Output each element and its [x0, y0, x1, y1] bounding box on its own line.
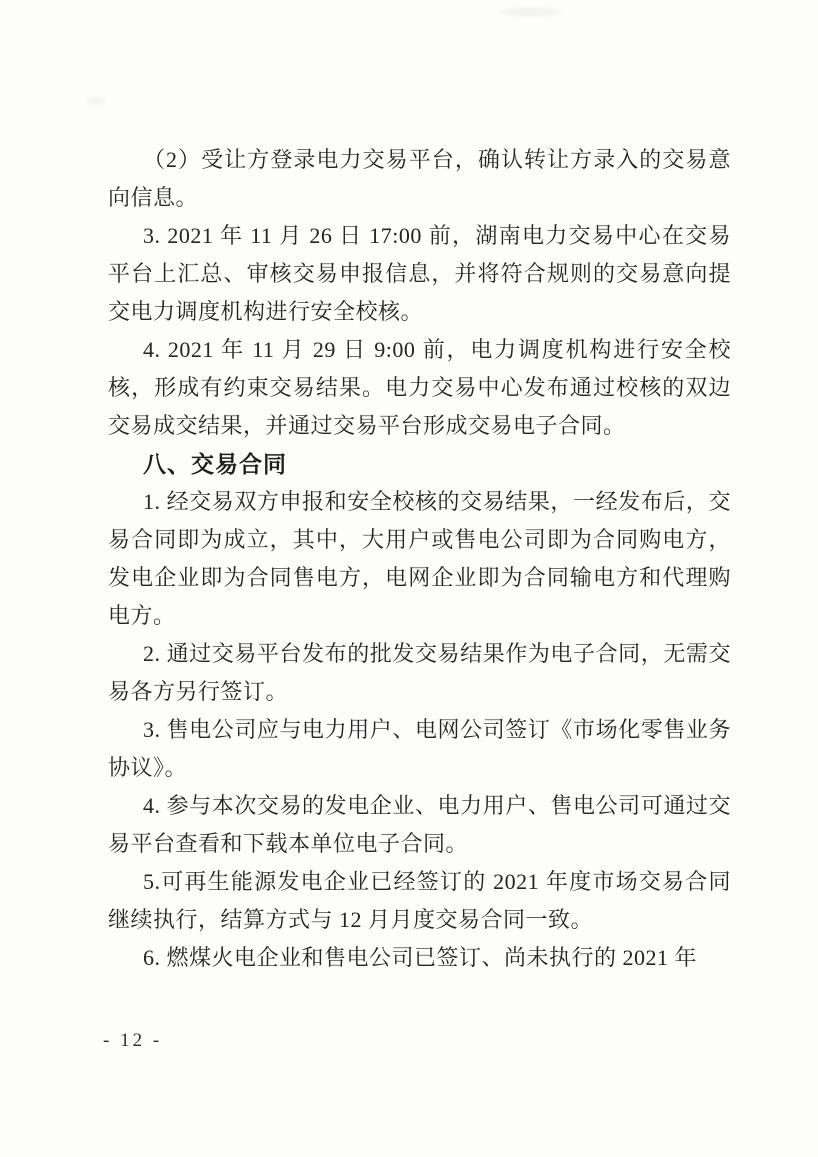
paragraph: 3. 2021 年 11 月 26 日 17:00 前，湖南电力交易中心在交易平… — [108, 217, 731, 331]
paragraph: （2）受让方登录电力交易平台，确认转让方录入的交易意向信息。 — [108, 141, 731, 217]
document-page: （2）受让方登录电力交易平台，确认转让方录入的交易意向信息。 3. 2021 年… — [0, 0, 818, 1157]
paragraph: 2. 通过交易平台发布的批发交易结果作为电子合同，无需交易各方另行签订。 — [108, 635, 731, 711]
document-body: （2）受让方登录电力交易平台，确认转让方录入的交易意向信息。 3. 2021 年… — [108, 141, 731, 977]
paragraph: 4. 参与本次交易的发电企业、电力用户、售电公司可通过交易平台查看和下载本单位电… — [108, 787, 731, 863]
page-number: - 12 - — [103, 1030, 162, 1052]
scan-artifact — [86, 98, 106, 104]
scan-artifact — [500, 8, 562, 16]
paragraph: 3. 售电公司应与电力用户、电网公司签订《市场化零售业务协议》。 — [108, 711, 731, 787]
paragraph: 5.可再生能源发电企业已经签订的 2021 年度市场交易合同继续执行，结算方式与… — [108, 863, 731, 939]
paragraph: 1. 经交易双方申报和安全校核的交易结果，一经发布后，交易合同即为成立，其中，大… — [108, 483, 731, 635]
paragraph: 4. 2021 年 11 月 29 日 9:00 前，电力调度机构进行安全校核，… — [108, 331, 731, 445]
section-heading: 八、交易合同 — [108, 445, 731, 483]
paragraph: 6. 燃煤火电企业和售电公司已签订、尚未执行的 2021 年 — [108, 939, 731, 977]
